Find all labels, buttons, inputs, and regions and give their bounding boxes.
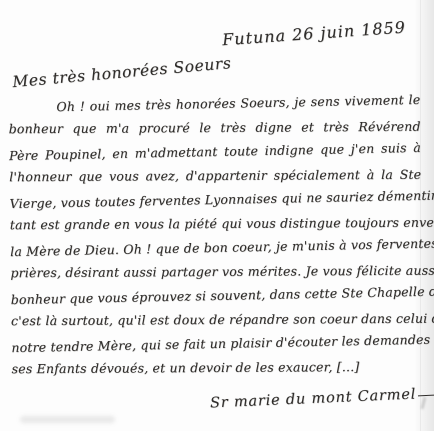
signature-flourish [418,392,434,397]
ink-smudge [20,416,115,423]
letter-page: Futuna 26 juin 1859 Mes très honorées So… [0,0,434,431]
dateline: Futuna 26 juin 1859 [222,18,403,50]
salutation: Mes très honorées Soeurs [12,55,223,91]
letter-line: ses Enfants dévoués, et un devoir de les… [12,355,424,382]
signature: Sr marie du mont Carmel [210,386,417,411]
letter-body: Oh ! oui mes très honorées Soeurs, je se… [8,89,423,382]
signature-row: Sr marie du mont Carmel [210,385,434,412]
